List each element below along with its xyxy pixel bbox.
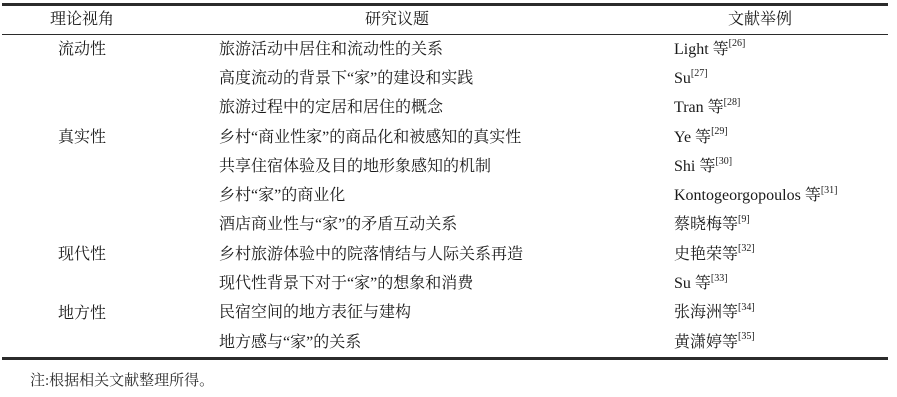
- topic-cell: 旅游活动中居住和流动性的关系: [162, 35, 632, 65]
- topic-cell: 乡村“家”的商业化: [162, 181, 632, 210]
- perspective-cell: 流动性: [2, 35, 162, 123]
- header-row: 理论视角 研究议题 文献举例: [2, 5, 888, 35]
- citation-author: Tran 等: [674, 99, 724, 116]
- citation-ref-superscript: [30]: [715, 156, 732, 167]
- topic-cell: 民宿空间的地方表征与建构: [162, 299, 632, 328]
- header-theoretical-perspective: 理论视角: [2, 5, 162, 35]
- citation-ref-superscript: [31]: [821, 185, 838, 196]
- perspective-cell: 真实性: [2, 123, 162, 240]
- citation-author: 黄潇婷等: [674, 334, 738, 351]
- perspective-cell: 地方性: [2, 299, 162, 359]
- citation-ref-superscript: [28]: [724, 97, 741, 108]
- citation-cell: Kontogeorgopoulos 等[31]: [632, 181, 888, 210]
- table-body: 流动性旅游活动中居住和流动性的关系Light 等[26]高度流动的背景下“家”的…: [2, 35, 888, 359]
- citation-author: Shi 等: [674, 158, 715, 175]
- table-row: 现代性乡村旅游体验中的院落情结与人际关系再造史艳荣等[32]: [2, 240, 888, 269]
- citation-cell: Tran 等[28]: [632, 94, 888, 123]
- citation-author: Su 等: [674, 275, 711, 292]
- table-row: 地方性民宿空间的地方表征与建构张海洲等[34]: [2, 299, 888, 328]
- topic-cell: 现代性背景下对于“家”的想象和消费: [162, 269, 632, 298]
- table-header: 理论视角 研究议题 文献举例: [2, 5, 888, 35]
- citation-cell: 史艳荣等[32]: [632, 240, 888, 269]
- citation-ref-superscript: [29]: [711, 126, 728, 137]
- citation-author: Su: [674, 70, 691, 87]
- topic-cell: 乡村“商业性家”的商品化和被感知的真实性: [162, 123, 632, 152]
- literature-review-table: 理论视角 研究议题 文献举例 流动性旅游活动中居住和流动性的关系Light 等[…: [2, 3, 888, 360]
- citation-ref-superscript: [33]: [711, 273, 728, 284]
- citation-ref-superscript: [34]: [738, 302, 755, 313]
- citation-ref-superscript: [26]: [729, 38, 746, 49]
- citation-cell: Shi 等[30]: [632, 152, 888, 181]
- header-research-topic: 研究议题: [162, 5, 632, 35]
- citation-cell: Su 等[33]: [632, 269, 888, 298]
- citation-author: Ye 等: [674, 129, 711, 146]
- citation-author: 蔡晓梅等: [674, 216, 738, 233]
- citation-ref-superscript: [27]: [691, 68, 708, 79]
- topic-cell: 地方感与“家”的关系: [162, 328, 632, 359]
- header-literature-example: 文献举例: [632, 5, 888, 35]
- table-note: 注:根据相关文献整理所得。: [30, 369, 897, 390]
- topic-cell: 酒店商业性与“家”的矛盾互动关系: [162, 211, 632, 240]
- citation-author: Light 等: [674, 41, 729, 58]
- perspective-cell: 现代性: [2, 240, 162, 299]
- citation-ref-superscript: [35]: [738, 331, 755, 342]
- citation-author: 张海洲等: [674, 304, 738, 321]
- citation-cell: Su[27]: [632, 64, 888, 93]
- topic-cell: 旅游过程中的定居和居住的概念: [162, 94, 632, 123]
- citation-ref-superscript: [32]: [738, 243, 755, 254]
- citation-author: 史艳荣等: [674, 246, 738, 263]
- citation-author: Kontogeorgopoulos 等: [674, 187, 821, 204]
- table-row: 真实性乡村“商业性家”的商品化和被感知的真实性Ye 等[29]: [2, 123, 888, 152]
- citation-cell: 蔡晓梅等[9]: [632, 211, 888, 240]
- citation-cell: 张海洲等[34]: [632, 299, 888, 328]
- table-row: 流动性旅游活动中居住和流动性的关系Light 等[26]: [2, 35, 888, 65]
- citation-cell: 黄潇婷等[35]: [632, 328, 888, 359]
- topic-cell: 共享住宿体验及目的地形象感知的机制: [162, 152, 632, 181]
- topic-cell: 高度流动的背景下“家”的建设和实践: [162, 64, 632, 93]
- paper-table-figure: 理论视角 研究议题 文献举例 流动性旅游活动中居住和流动性的关系Light 等[…: [0, 3, 897, 397]
- topic-cell: 乡村旅游体验中的院落情结与人际关系再造: [162, 240, 632, 269]
- citation-cell: Light 等[26]: [632, 35, 888, 65]
- citation-cell: Ye 等[29]: [632, 123, 888, 152]
- citation-ref-superscript: [9]: [738, 214, 750, 225]
